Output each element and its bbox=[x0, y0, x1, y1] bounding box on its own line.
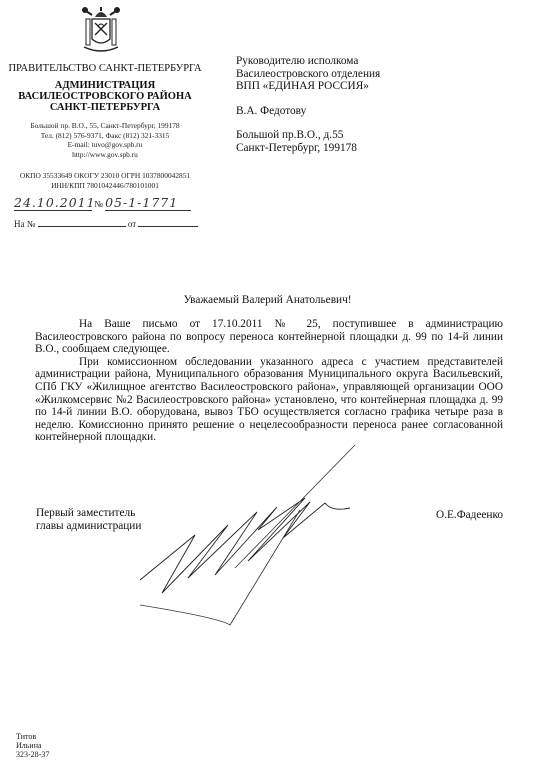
title-line: главы администрации bbox=[36, 520, 141, 533]
signatory-title: Первый заместитель главы администрации bbox=[36, 507, 141, 532]
registration-codes: ОКПО 35533649 ОКОГУ 23010 ОГРН 103780004… bbox=[6, 171, 204, 191]
body-paragraph: При комиссионном обследовании указанного… bbox=[35, 356, 503, 444]
admin-line: ВАСИЛЕОСТРОВСКОГО РАЙОНА bbox=[6, 91, 204, 102]
handwritten-signature-icon bbox=[140, 440, 380, 640]
body-paragraph: На Ваше письмо от 17.10.2011 № 25, посту… bbox=[35, 318, 503, 356]
signatory-name: О.Е.Фадеенко bbox=[436, 509, 503, 521]
admin-line: АДМИНИСТРАЦИЯ bbox=[6, 80, 204, 91]
recipient-line: Руководителю исполкома bbox=[236, 55, 380, 68]
codes-line: ИНН/КПП 7801042446/780101001 bbox=[6, 181, 204, 191]
recipient-name: В.А. Федотову bbox=[236, 105, 380, 118]
codes-line: ОКПО 35533649 ОКОГУ 23010 ОГРН 103780004… bbox=[6, 171, 204, 181]
executor-phone: 323-28-37 bbox=[16, 750, 49, 759]
reg-number: 05-1-1771 bbox=[105, 195, 191, 211]
reg-date: 24.10.2011 bbox=[14, 195, 92, 211]
executor-name: Титов bbox=[16, 732, 49, 741]
title-line: Первый заместитель bbox=[36, 507, 141, 520]
recipient-block: Руководителю исполкома Василеостровского… bbox=[236, 55, 380, 154]
ref-date-blank bbox=[138, 217, 198, 227]
letter-body: На Ваше письмо от 17.10.2011 № 25, посту… bbox=[35, 318, 503, 444]
email-line: E-mail: tuvo@gov.spb.ru bbox=[6, 140, 204, 150]
recipient-line: Василеостровского отделения bbox=[236, 68, 380, 81]
salutation: Уважаемый Валерий Анатольевич! bbox=[0, 294, 535, 306]
phone-line: Тел. (812) 576-9371, Факс (812) 321-3315 bbox=[6, 131, 204, 141]
contact-info: Большой пр. В.О., 55, Санкт-Петербург, 1… bbox=[6, 121, 204, 159]
recipient-line: ВПП «ЕДИНАЯ РОССИЯ» bbox=[236, 80, 380, 93]
website-line: http://www.gov.spb.ru bbox=[6, 150, 204, 160]
incoming-reference: На № от bbox=[14, 217, 198, 229]
administration-name: АДМИНИСТРАЦИЯ ВАСИЛЕОСТРОВСКОГО РАЙОНА С… bbox=[6, 80, 204, 113]
outgoing-registration: 24.10.2011 № 05-1-1771 bbox=[14, 195, 204, 211]
ref-from-label: от bbox=[128, 219, 136, 229]
ref-number-blank bbox=[38, 217, 126, 227]
government-name: ПРАВИТЕЛЬСТВО САНКТ-ПЕТЕРБУРГА bbox=[6, 63, 204, 74]
ref-label: На № bbox=[14, 219, 35, 229]
executor-info: Титов Ильина 323-28-37 bbox=[16, 732, 49, 759]
executor-name: Ильина bbox=[16, 741, 49, 750]
recipient-address: Большой пр.В.О., д.55 bbox=[236, 129, 380, 142]
address-line: Большой пр. В.О., 55, Санкт-Петербург, 1… bbox=[6, 121, 204, 131]
coat-of-arms-icon bbox=[80, 5, 122, 57]
recipient-address: Санкт-Петербург, 199178 bbox=[236, 142, 380, 155]
admin-line: САНКТ-ПЕТЕРБУРГА bbox=[6, 102, 204, 113]
reg-no-label: № bbox=[94, 199, 103, 209]
